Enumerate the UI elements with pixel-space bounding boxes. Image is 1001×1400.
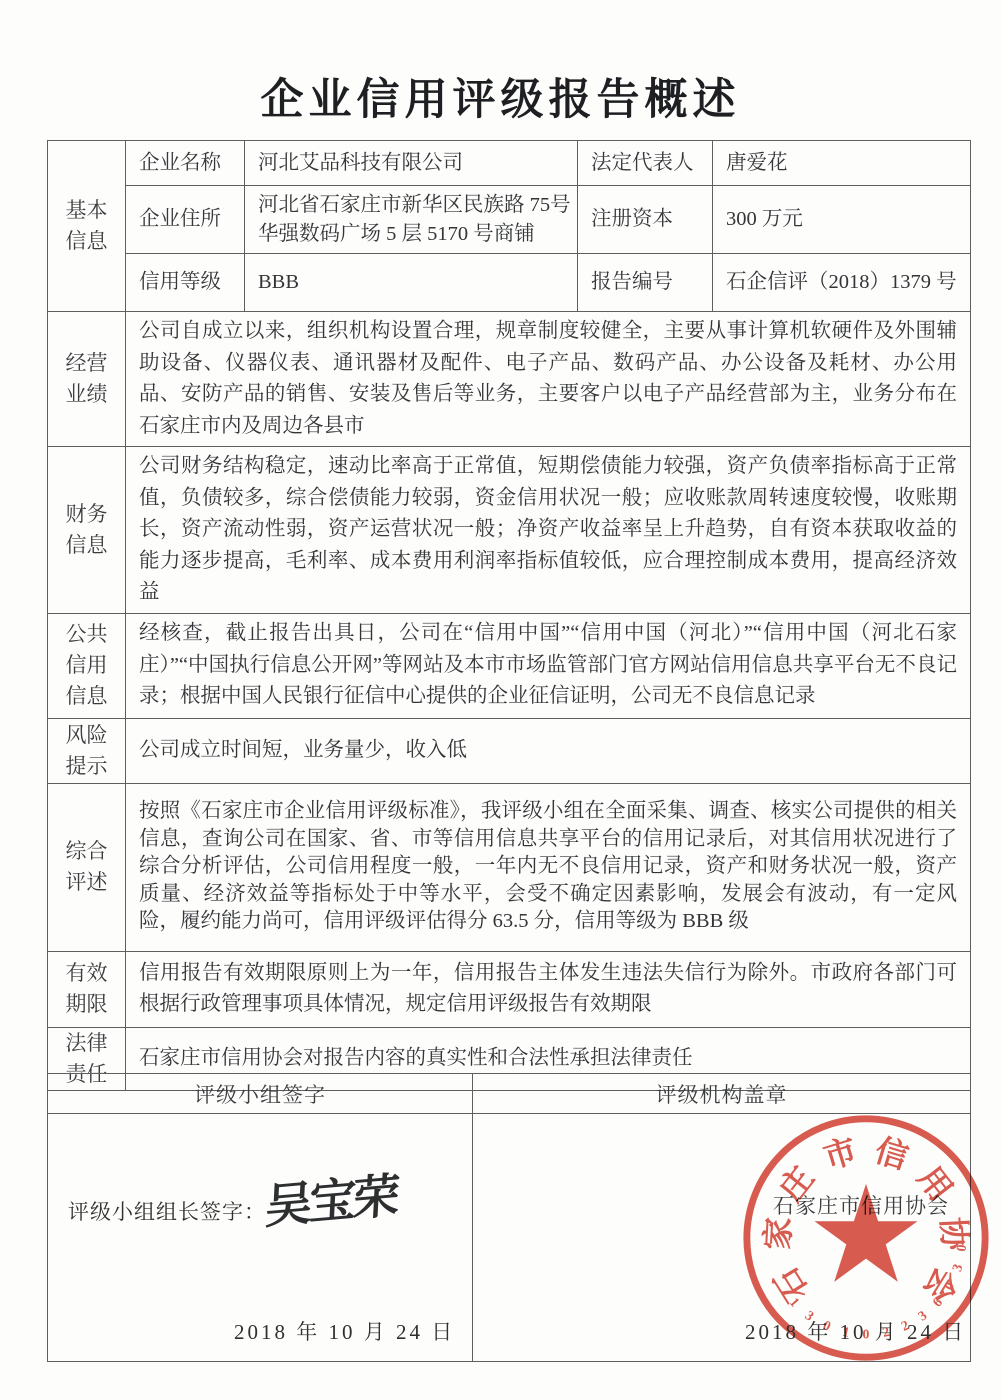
section-label-basic-info: 基本信息 xyxy=(48,141,126,312)
seal-char: 用 xyxy=(910,1160,959,1208)
section-text-overall-review: 按照《石家庄市企业信用评级标准》，我评级小组在全面采集、调查、核实公司提供的相关… xyxy=(126,783,971,951)
field-value-legal-representative: 唐爱花 xyxy=(713,141,971,186)
field-label-registered-capital: 注册资本 xyxy=(578,186,713,254)
table-row: 风险提示 公司成立时间短，业务量少，收入低 xyxy=(48,718,971,783)
page-title: 企业信用评级报告概述 xyxy=(0,66,1001,127)
table-row: 信用等级 BBB 报告编号 石企信评（2018）1379 号 xyxy=(48,254,971,312)
table-row: 评级小组签字 评级机构盖章 xyxy=(48,1074,971,1114)
seal-char: 信 xyxy=(871,1131,914,1177)
section-label-validity-period: 有效期限 xyxy=(48,951,126,1027)
leader-signature-row: 评级小组组长签字： 吴宝荣 xyxy=(68,1196,398,1236)
table-row: 经营业绩 公司自成立以来，组织机构设置合理，规章制度较健全，主要从事计算机软硬件… xyxy=(48,312,971,447)
section-label-overall-review: 综合评述 xyxy=(48,783,126,951)
table-row: 财务信息 公司财务结构稳定，速动比率高于正常值，短期偿债能力较强，资产负债率指标… xyxy=(48,447,971,614)
section-label-business-performance: 经营业绩 xyxy=(48,312,126,447)
agency-sign-date: 2018 年 10 月 24 日 xyxy=(745,1316,966,1346)
team-sign-date: 2018 年 10 月 24 日 xyxy=(234,1316,455,1346)
field-label-credit-grade: 信用等级 xyxy=(126,254,245,312)
seal-star-icon xyxy=(815,1184,918,1282)
field-value-company-address: 河北省石家庄市新华区民族路 75号华强数码广场 5 层 5170 号商铺 xyxy=(245,186,578,254)
table-row: 基本信息 企业名称 河北艾品科技有限公司 法定代表人 唐爱花 xyxy=(48,141,971,186)
table-row: 企业住所 河北省石家庄市新华区民族路 75号华强数码广场 5 层 5170 号商… xyxy=(48,186,971,254)
table-row: 综合评述 按照《石家庄市企业信用评级标准》，我评级小组在全面采集、调查、核实公司… xyxy=(48,783,971,951)
field-label-report-number: 报告编号 xyxy=(578,254,713,312)
report-table: 基本信息 企业名称 河北艾品科技有限公司 法定代表人 唐爱花 企业住所 河北省石… xyxy=(47,140,971,1091)
team-signature-header: 评级小组签字 xyxy=(48,1074,473,1114)
team-signature-cell: 评级小组组长签字： 吴宝荣 2018 年 10 月 24 日 xyxy=(48,1114,473,1362)
field-value-credit-grade: BBB xyxy=(245,254,578,312)
table-row: 评级小组组长签字： 吴宝荣 2018 年 10 月 24 日 石家庄市信用协会 … xyxy=(48,1114,971,1362)
field-label-company-address: 企业住所 xyxy=(126,186,245,254)
section-label-financial-info: 财务信息 xyxy=(48,447,126,614)
table-row: 有效期限 信用报告有效期限原则上为一年，信用报告主体发生违法失信行为除外。市政府… xyxy=(48,951,971,1027)
seal-char: 庄 xyxy=(773,1160,822,1208)
section-text-risk-warning: 公司成立时间短，业务量少，收入低 xyxy=(126,718,971,783)
section-text-financial-info: 公司财务结构稳定，速动比率高于正常值，短期偿债能力较强，资产负债率指标高于正常值… xyxy=(126,447,971,614)
field-label-legal-representative: 法定代表人 xyxy=(578,141,713,186)
seal-char: 市 xyxy=(820,1132,862,1177)
table-row: 公共信用信息 经核查，截止报告出具日，公司在“信用中国”“信用中国（河北）”“信… xyxy=(48,613,971,718)
field-value-report-number: 石企信评（2018）1379 号 xyxy=(713,254,971,312)
section-text-business-performance: 公司自成立以来，组织机构设置合理，规章制度较健全，主要从事计算机软硬件及外围辅助… xyxy=(126,312,971,447)
leader-signature-label: 评级小组组长签字： xyxy=(68,1196,266,1226)
agency-seal-header: 评级机构盖章 xyxy=(473,1074,971,1114)
field-label-company-name: 企业名称 xyxy=(126,141,245,186)
section-label-public-credit-info: 公共信用信息 xyxy=(48,613,126,718)
credit-report-page: 企业信用评级报告概述 基本信息 企业名称 河北艾品科技有限公司 法定代表人 唐爱… xyxy=(0,0,1001,1400)
field-value-registered-capital: 300 万元 xyxy=(713,186,971,254)
seal-char: 家 xyxy=(759,1216,798,1250)
section-text-public-credit-info: 经核查，截止报告出具日，公司在“信用中国”“信用中国（河北）”“信用中国（河北石… xyxy=(126,613,971,718)
section-label-risk-warning: 风险提示 xyxy=(48,718,126,783)
leader-handwritten-signature: 吴宝荣 xyxy=(264,1176,398,1228)
agency-seal-cell: 石家庄市信用协会 石 家 庄 市 信 用 xyxy=(473,1114,971,1362)
section-text-validity-period: 信用报告有效期限原则上为一年，信用报告主体发生违法失信行为除外。市政府各部门可根… xyxy=(126,951,971,1027)
signoff-table: 评级小组签字 评级机构盖章 评级小组组长签字： 吴宝荣 2018 年 10 月 … xyxy=(47,1073,971,1362)
field-value-company-name: 河北艾品科技有限公司 xyxy=(245,141,578,186)
